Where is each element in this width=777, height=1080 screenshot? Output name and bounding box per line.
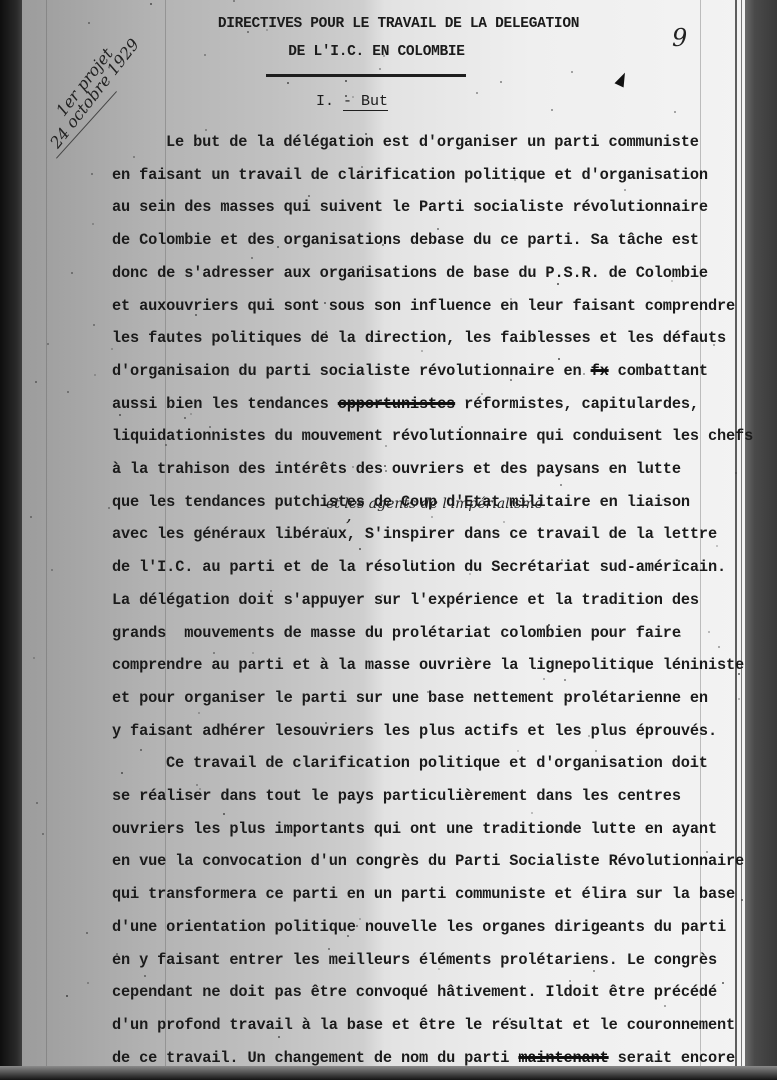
text-line: d'organisaion du parti socialiste révolu…	[112, 361, 708, 381]
text-line: et auxouvriers qui sont sous son influen…	[112, 296, 735, 316]
text-segment: au sein des masses qui suivent le Parti …	[112, 198, 708, 216]
text-segment: grands mouvements de masse du prolétaria…	[112, 624, 681, 642]
text-segment: Le but de la délégation est d'organiser …	[166, 133, 699, 151]
text-line: et pour organiser le parti sur une base …	[112, 688, 708, 708]
text-segment: Ce travail de clarification politique et…	[166, 754, 708, 772]
text-line: en y faisant entrer les meilleurs élémen…	[112, 950, 717, 970]
document-title-line-1: DIRECTIVES POUR LE TRAVAIL DE LA DELEGAT…	[10, 16, 777, 32]
text-line: à la trahison des intérêts des ouvriers …	[112, 459, 681, 479]
text-segment: ouvriers les plus importants qui ont une…	[112, 820, 717, 838]
text-line: en vue la convocation d'un congrès du Pa…	[112, 851, 744, 871]
text-segment: réformistes, capitulardes,	[455, 395, 699, 413]
text-line: de Colombie et des organisations debase …	[112, 230, 699, 250]
text-line: cependant ne doit pas être convoqué hâti…	[112, 982, 717, 1002]
text-segment: les fautes politiques de la direction, l…	[112, 329, 726, 347]
text-segment: d'une orientation politique nouvelle les…	[112, 918, 726, 936]
text-line: La délégation doit s'appuyer sur l'expér…	[112, 590, 699, 610]
text-segment: serait encore	[609, 1049, 735, 1067]
text-line: d'une orientation politique nouvelle les…	[112, 917, 726, 937]
document: DIRECTIVES POUR LE TRAVAIL DE LA DELEGAT…	[0, 0, 777, 1080]
text-line: aussi bien les tendances opportunistes r…	[112, 394, 699, 414]
text-segment: comprendre au parti et à la masse ouvriè…	[112, 656, 744, 674]
text-line: donc de s'adresser aux organisations de …	[112, 263, 708, 283]
text-segment: La délégation doit s'appuyer sur l'expér…	[112, 591, 699, 609]
text-line: comprendre au parti et à la masse ouvriè…	[112, 655, 744, 675]
page-number: 9	[672, 24, 687, 52]
text-line: que les tendances putchistes de Coup d'E…	[112, 492, 690, 512]
text-segment: en y faisant entrer les meilleurs élémen…	[112, 951, 717, 969]
struck-word: maintenant	[518, 1049, 608, 1067]
text-line: au sein des masses qui suivent le Parti …	[112, 197, 708, 217]
text-line: ouvriers les plus importants qui ont une…	[112, 819, 717, 839]
text-segment: de Colombie et des organisations debase …	[112, 231, 699, 249]
text-line: en faisant un travail de clarification p…	[112, 165, 708, 185]
text-segment: et pour organiser le parti sur une base …	[112, 689, 708, 707]
text-segment: avec les généraux libéraux, S'inspirer d…	[112, 525, 717, 543]
text-segment: de l'I.C. au parti et de la résolution d…	[112, 558, 726, 576]
section-title: - But	[343, 93, 388, 111]
title-underline	[266, 74, 466, 77]
text-segment: aussi bien les tendances	[112, 395, 338, 413]
text-segment: d'organisaion du parti socialiste révolu…	[112, 362, 591, 380]
ink-blot	[615, 71, 630, 88]
text-segment: et auxouvriers qui sont sous son influen…	[112, 297, 735, 315]
text-segment: donc de s'adresser aux organisations de …	[112, 264, 708, 282]
text-line: liquidationnistes du mouvement révolutio…	[112, 426, 753, 446]
text-line: de l'I.C. au parti et de la résolution d…	[112, 557, 726, 577]
text-line: d'un profond travail à la base et être l…	[112, 1015, 735, 1035]
text-line: avec les généraux libéraux, S'inspirer d…	[112, 524, 717, 544]
text-segment: que les tendances putchistes de Coup d'E…	[112, 493, 690, 511]
text-segment: d'un profond travail à la base et être l…	[112, 1016, 735, 1034]
text-line: Ce travail de clarification politique et…	[166, 753, 708, 773]
text-segment: combattant	[609, 362, 708, 380]
section-heading: I. - But	[316, 93, 388, 110]
text-segment: cependant ne doit pas être convoqué hâti…	[112, 983, 717, 1001]
text-line: les fautes politiques de la direction, l…	[112, 328, 726, 348]
text-line: qui transformera ce parti en un parti co…	[112, 884, 735, 904]
text-segment: de ce travail. Un changement de nom du p…	[112, 1049, 518, 1067]
text-line: de ce travail. Un changement de nom du p…	[112, 1048, 735, 1068]
struck-word: fx	[591, 362, 609, 380]
text-line: y faisant adhérer lesouvriers les plus a…	[112, 721, 717, 741]
text-line: Le but de la délégation est d'organiser …	[166, 132, 699, 152]
text-line: se réaliser dans tout le pays particuliè…	[112, 786, 681, 806]
text-segment: qui transformera ce parti en un parti co…	[112, 885, 735, 903]
text-segment: y faisant adhérer lesouvriers les plus a…	[112, 722, 717, 740]
section-number: I.	[316, 93, 334, 110]
text-segment: à la trahison des intérêts des ouvriers …	[112, 460, 681, 478]
struck-word: opportunistes	[338, 395, 455, 413]
text-line: grands mouvements de masse du prolétaria…	[112, 623, 681, 643]
text-segment: se réaliser dans tout le pays particuliè…	[112, 787, 681, 805]
text-segment: liquidationnistes du mouvement révolutio…	[112, 427, 753, 445]
text-segment: en faisant un travail de clarification p…	[112, 166, 708, 184]
text-segment: en vue la convocation d'un congrès du Pa…	[112, 852, 744, 870]
